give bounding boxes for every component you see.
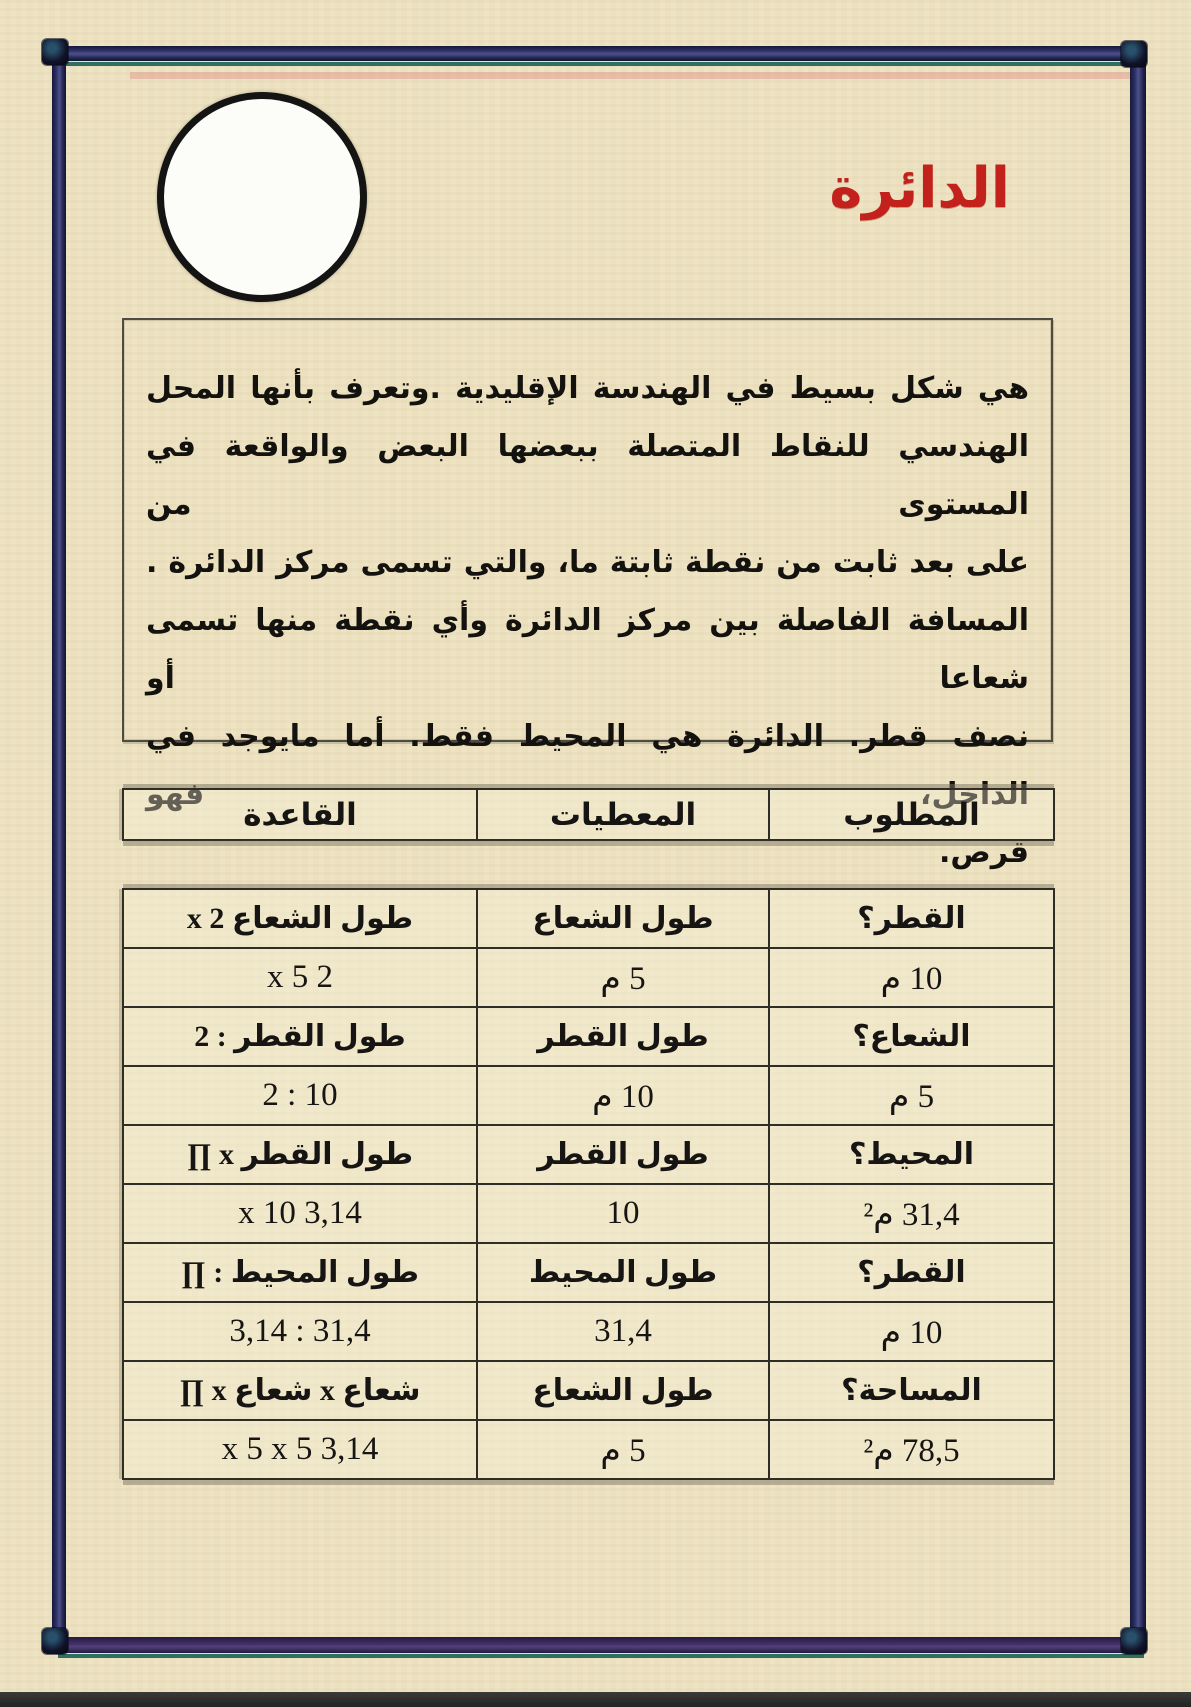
- required-cell: المحيط؟: [769, 1125, 1054, 1184]
- document-page: الدائرة هي شكل بسيط في الهندسة الإقليدية…: [0, 0, 1191, 1707]
- table-row: المحيط؟طول القطرطول القطر x ∏: [123, 1125, 1054, 1184]
- rule-cell: طول الشعاع x 2: [123, 889, 477, 948]
- rule-cell: 3,14 x 5 x 5: [123, 1420, 477, 1479]
- table-row: 5 م10 م10 : 2: [123, 1066, 1054, 1125]
- required-cell: الشعاع؟: [769, 1007, 1054, 1066]
- column-header-rule: القاعدة: [123, 789, 477, 840]
- rule-cell: 3,14 x 10: [123, 1184, 477, 1243]
- table-header-row: المطلوب المعطيات القاعدة: [122, 788, 1055, 841]
- rule-cell: شعاع x شعاع x ∏: [123, 1361, 477, 1420]
- given-cell: طول المحيط: [477, 1243, 769, 1302]
- rule-cell: طول المحيط : ∏: [123, 1243, 477, 1302]
- table-row: 78,5 م²5 م3,14 x 5 x 5: [123, 1420, 1054, 1479]
- frame-corner-knob-top-left: [42, 39, 68, 65]
- frame-bottom-teal-rule: [58, 1654, 1144, 1658]
- table-row: الشعاع؟طول القطرطول القطر : 2: [123, 1007, 1054, 1066]
- column-header-required: المطلوب: [769, 789, 1054, 840]
- page-title: الدائرة: [829, 156, 1010, 221]
- column-header-given: المعطيات: [477, 789, 769, 840]
- circle-figure: [157, 92, 367, 302]
- circle-formulas-table: القطر؟طول الشعاعطول الشعاع x 210 م5 م2 x…: [122, 888, 1055, 1480]
- definition-paragraph-box: هي شكل بسيط في الهندسة الإقليدية .وتعرف …: [122, 318, 1053, 742]
- table-row: 10 م31,431,4 : 3,14: [123, 1302, 1054, 1361]
- frame-corner-knob-top-right: [1121, 41, 1147, 67]
- given-cell: 10: [477, 1184, 769, 1243]
- required-cell: القطر؟: [769, 889, 1054, 948]
- given-cell: 10 م: [477, 1066, 769, 1125]
- table-row: القطر؟طول الشعاعطول الشعاع x 2: [123, 889, 1054, 948]
- rule-cell: 2 x 5: [123, 948, 477, 1007]
- definition-paragraph-line: هي شكل بسيط في الهندسة الإقليدية .وتعرف …: [146, 360, 1029, 418]
- definition-paragraph-line: على بعد ثابت من نقطة ثابتة ما، والتي تسم…: [146, 534, 1029, 592]
- given-cell: طول القطر: [477, 1125, 769, 1184]
- rule-cell: طول القطر x ∏: [123, 1125, 477, 1184]
- required-cell: 5 م: [769, 1066, 1054, 1125]
- frame-corner-knob-bottom-left: [42, 1628, 68, 1654]
- table-row: 10 م5 م2 x 5: [123, 948, 1054, 1007]
- rule-cell: 10 : 2: [123, 1066, 477, 1125]
- required-cell: 78,5 م²: [769, 1420, 1054, 1479]
- given-cell: 5 م: [477, 1420, 769, 1479]
- table-row: المساحة؟طول الشعاعشعاع x شعاع x ∏: [123, 1361, 1054, 1420]
- table-row: المطلوب المعطيات القاعدة: [123, 789, 1054, 840]
- required-cell: 10 م: [769, 948, 1054, 1007]
- frame-corner-knob-bottom-right: [1121, 1628, 1147, 1654]
- page-bottom-edge-strip: [0, 1692, 1191, 1707]
- required-cell: المساحة؟: [769, 1361, 1054, 1420]
- rule-cell: 31,4 : 3,14: [123, 1302, 477, 1361]
- given-cell: طول الشعاع: [477, 1361, 769, 1420]
- table-row: القطر؟طول المحيططول المحيط : ∏: [123, 1243, 1054, 1302]
- given-cell: 31,4: [477, 1302, 769, 1361]
- frame-left-bar: [52, 46, 66, 1653]
- given-cell: طول القطر: [477, 1007, 769, 1066]
- frame-bottom-bar: [48, 1637, 1146, 1653]
- definition-paragraph-line: المسافة الفاصلة بين مركز الدائرة وأي نقط…: [146, 592, 1029, 708]
- given-cell: 5 م: [477, 948, 769, 1007]
- rule-cell: طول القطر : 2: [123, 1007, 477, 1066]
- required-cell: 31,4 م²: [769, 1184, 1054, 1243]
- given-cell: طول الشعاع: [477, 889, 769, 948]
- definition-paragraph-line: الهندسي للنقاط المتصلة ببعضها البعض والو…: [146, 418, 1029, 534]
- table-row: 31,4 م²103,14 x 10: [123, 1184, 1054, 1243]
- required-cell: 10 م: [769, 1302, 1054, 1361]
- frame-top-bar: [48, 46, 1146, 61]
- frame-pink-rule: [130, 72, 1138, 79]
- frame-top-teal-rule: [58, 62, 1144, 66]
- required-cell: القطر؟: [769, 1243, 1054, 1302]
- frame-right-bar: [1130, 46, 1146, 1653]
